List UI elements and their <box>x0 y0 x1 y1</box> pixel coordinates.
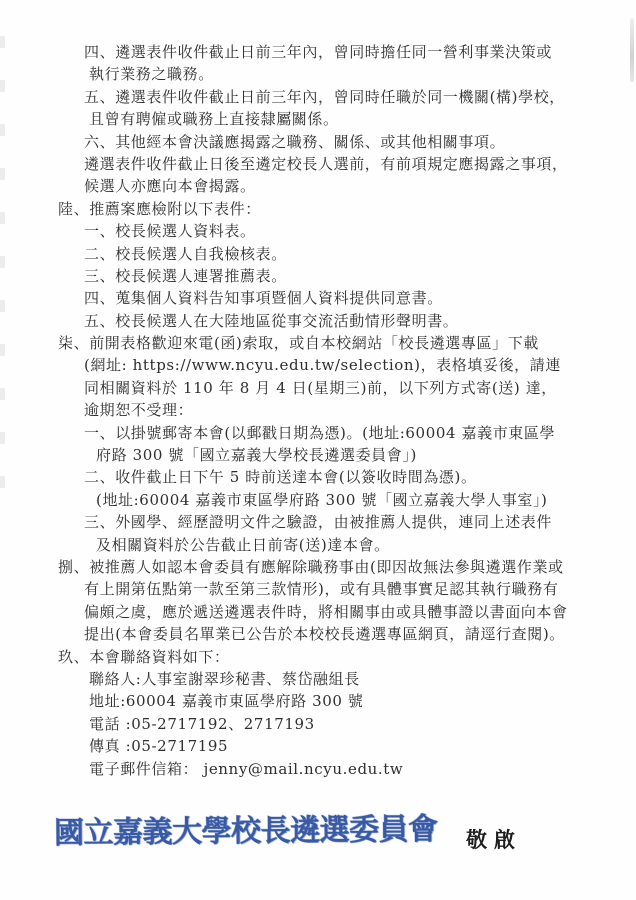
doc-line-contact-email: 電子郵件信箱： jenny@mail.ncyu.edu.tw <box>89 758 636 780</box>
doc-line-form-4: 四、蒐集個人資料告知事項暨個人資料提供同意書。 <box>84 287 636 309</box>
doc-line-disclosure: 遴選表件收件截止日後至遴定校長人選前，有前項規定應揭露之事項， <box>84 153 636 175</box>
doc-line-section-jiu: 玖、本會聯絡資料如下： <box>58 646 636 668</box>
doc-line-disclosure-cont: 候選人亦應向本會揭露。 <box>84 175 636 197</box>
doc-line-website-url: (網址: https://www.ncyu.edu.tw/selection)，… <box>84 354 636 376</box>
doc-line-delivery-1: 一、以掛號郵寄本會(以郵戳日期為憑)。(地址:60004 嘉義市東區學 <box>84 422 636 444</box>
doc-line-delivery-3: 三、外國學、經歷證明文件之驗證，由被推薦人提供，連同上述表件 <box>84 511 636 533</box>
doc-line-item-4: 四、遴選表件收件截止日前三年內，曾同時擔任同一營利事業決策或 <box>84 41 636 63</box>
doc-line-deadline: 同相關資料於 110 年 8 月 4 日(星期三)前，以下列方式寄(送) 達， <box>84 377 636 399</box>
doc-line-item-4-cont: 執行業務之職務。 <box>89 63 636 85</box>
doc-line-form-2: 二、校長候選人自我檢核表。 <box>84 243 636 265</box>
doc-line-section-ba-cont3: 提出(本會委員名單業已公告於本校校長遴選專區網頁，請逕行查閱)。 <box>84 623 636 645</box>
doc-line-contact-address: 地址:60004 嘉義市東區學府路 300 號 <box>89 690 636 712</box>
committee-stamp: 國立嘉義大學校長遴選委員會 <box>54 804 438 852</box>
doc-line-item-5-cont: 且曾有聘僱或職務上直接隸屬關係。 <box>89 108 636 130</box>
doc-line-deadline-cont: 逾期恕不受理： <box>84 399 636 421</box>
doc-line-delivery-2-cont: (地址:60004 嘉義市東區學府路 300 號「國立嘉義大學人事室」) <box>96 489 636 511</box>
doc-line-delivery-1-cont: 府路 300 號「國立嘉義大學校長遴選委員會」) <box>96 444 636 466</box>
doc-line-section-ba-cont1: 有上開第伍點第一款至第三款情形)，或有具體事實足認其執行職務有 <box>84 578 636 600</box>
doc-line-section-ba: 捌、被推薦人如認本會委員有應解除職務事由(即因故無法參與遴選作業或 <box>58 556 636 578</box>
doc-line-contact-person: 聯絡人:人事室謝翠珍秘書、蔡岱融組長 <box>89 668 636 690</box>
doc-line-section-liu: 陸、推薦案應檢附以下表件： <box>58 198 636 220</box>
doc-line-form-3: 三、校長候選人連署推薦表。 <box>84 265 636 287</box>
doc-line-delivery-3-cont: 及相關資料於公告截止日前寄(送)達本會。 <box>96 534 636 556</box>
doc-line-form-1: 一、校長候選人資料表。 <box>84 220 636 242</box>
doc-line-section-ba-cont2: 偏頗之虞，應於遞送遴選表件時，將相關事由或具體事證以書面向本會 <box>84 601 636 623</box>
closing-salutation: 敬啟 <box>466 824 522 854</box>
document-body: 四、遴選表件收件截止日前三年內，曾同時擔任同一營利事業決策或 執行業務之職務。 … <box>0 41 636 780</box>
doc-line-form-5: 五、校長候選人在大陸地區從事交流活動情形聲明書。 <box>84 310 636 332</box>
doc-line-item-6: 六、其他經本會決議應揭露之職務、關係、或其他相關事項。 <box>84 131 636 153</box>
doc-line-section-qi: 柒、前開表格歡迎來電(函)索取，或自本校網站「校長遴選專區」下載 <box>58 332 636 354</box>
doc-line-contact-phone: 電話 :05-2717192、2717193 <box>89 713 636 735</box>
scanned-document-page: 四、遴選表件收件截止日前三年內，曾同時擔任同一營利事業決策或 執行業務之職務。 … <box>0 0 636 900</box>
doc-line-contact-fax: 傳真 :05-2717195 <box>89 735 636 757</box>
doc-line-item-5: 五、遴選表件收件截止日前三年內，曾同時任職於同一機關(構)學校， <box>84 86 636 108</box>
doc-line-delivery-2: 二、收件截止日下午 5 時前送達本會(以簽收時間為憑)。 <box>84 466 636 488</box>
